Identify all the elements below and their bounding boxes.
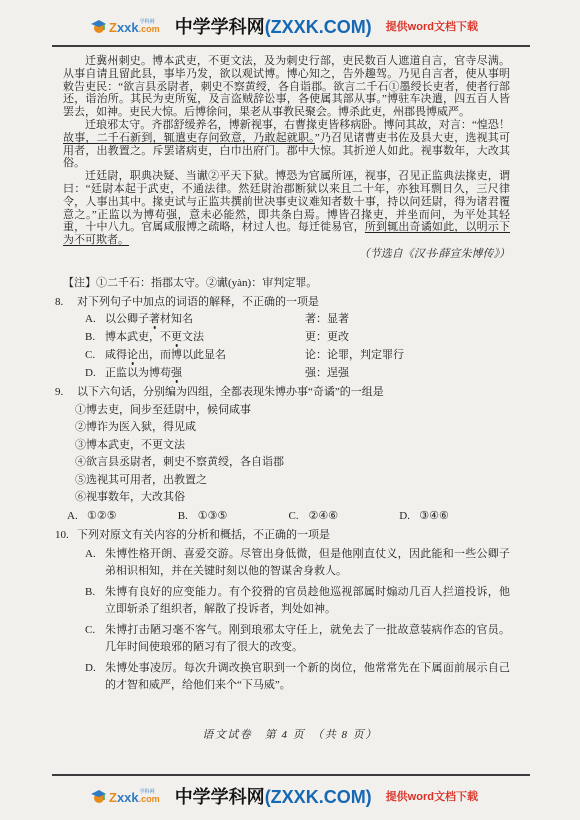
option-label: C.	[85, 622, 105, 656]
option-text: 博本武吏，不更文法	[105, 331, 305, 344]
q10-option-a: A. 朱博性格开朗、喜爱交游。尽管出身低微，但是他刚直仗义，因此能和一些公卿子弟…	[63, 546, 510, 580]
option-text: 朱博有良好的应变能力。有个狡猾的官员趁他巡视部属时煽动几百人拦道投诉，他立即斩杀…	[105, 584, 510, 618]
footer-divider	[52, 774, 530, 776]
option-label: A.	[67, 509, 87, 523]
q9-sentence-6: ⑥视事数年，大改其俗	[63, 491, 510, 504]
option-text: 以公卿子著材知名	[105, 313, 305, 326]
option-text-post: 文法	[182, 331, 204, 343]
exam-scan-page: Zxxk.com 学科网 中学学科网(ZXXK.COM) 提供word文档下载 …	[0, 0, 580, 820]
q9-sentence-2: ②博诈为医入狱，得见咸	[63, 421, 510, 434]
graduation-cap-icon	[90, 18, 107, 35]
option-gloss: 更：更改	[305, 331, 510, 344]
q9-sentence-4: ④欲言县丞尉者，刺史不察黄绶，各自诣郡	[63, 456, 510, 469]
site-title-cn: 中学学科网	[175, 787, 265, 807]
site-domain: (ZXXK.COM)	[265, 787, 372, 807]
question-stem-text: 对下列句子中加点的词语的解释，不正确的一项是	[77, 296, 319, 309]
promo-text: 提供word文档下载	[386, 18, 478, 34]
option-gloss: 论：论罪，判定罪行	[305, 349, 510, 362]
zxxk-logo: Zxxk.com 学科网	[90, 788, 155, 805]
site-title: 中学学科网(ZXXK.COM)	[175, 13, 372, 39]
option-label: B.	[85, 584, 105, 618]
source-attribution: （节选自《汉书·薛宣朱博传》）	[63, 248, 510, 261]
logo-sub-text: 学科网	[140, 788, 155, 795]
q9-sentence-3: ③博本武吏，不更文法	[63, 439, 510, 452]
logo-sub-text: 学科网	[140, 18, 155, 25]
q9-choice-b: B.①③⑤	[178, 509, 289, 523]
passage-paragraph-1: 迁冀州刺史。博本武吏，不更文法，及为刺史行部，吏民数百人遮道自言，官寺尽满。从事…	[63, 55, 510, 119]
promo-text: 提供word文档下载	[386, 788, 478, 804]
question-10-stem: 10. 下列对原文有关内容的分析和概括，不正确的一项是	[55, 529, 510, 542]
page-number-info: 语文试卷 第 4 页 （共 8 页）	[0, 726, 580, 742]
option-label: A.	[85, 546, 105, 580]
option-label: D.	[85, 367, 105, 380]
option-label: D.	[399, 509, 419, 523]
footnotes: 【注】①二千石：指郡太守。②谳(yàn)：审判定罪。	[63, 277, 510, 290]
paragraph-text: 迁冀州刺史。博本武吏，不更文法，及为刺史行部，吏民数百人遮道自言，官寺尽满。从事…	[63, 55, 510, 118]
question-stem-text: 以下六句话，分别编为四组，全都表现朱博办事“奇谲”的一组是	[77, 386, 384, 399]
q9-answer-choices: A.①②⑤ B.①③⑤ C.②④⑥ D.③④⑥	[63, 509, 510, 523]
graduation-cap-icon	[90, 788, 107, 805]
option-label: C.	[289, 509, 309, 523]
option-text-post: 材知名	[160, 313, 193, 325]
question-9: 9. 以下六句话，分别编为四组，全都表现朱博办事“奇谲”的一组是 ①博去吏，间步…	[63, 386, 510, 523]
question-number: 10.	[55, 529, 77, 542]
q8-option-c: C. 咸得论出，而博以此显名 论：论罪，判定罪行	[63, 349, 510, 362]
option-gloss: 著：显著	[305, 313, 510, 326]
option-text-pre: 博本武吏，不	[105, 331, 171, 343]
q10-option-d: D. 朱博处事凌厉。每次升调改换官职到一个新的岗位，他常常先在下属面前展示自己的…	[63, 660, 510, 694]
option-text-pre: 以公卿子	[105, 313, 149, 325]
q9-choice-c: C.②④⑥	[289, 509, 400, 523]
paragraph-text: 迁琅邪太守。齐郡舒缓养名，博新视事，右曹掾吏皆移病卧。博问其故，对言：“惶恐！	[85, 119, 510, 131]
question-8-stem: 8. 对下列句子中加点的词语的解释，不正确的一项是	[55, 296, 510, 309]
option-label: B.	[178, 509, 198, 523]
option-text: 朱博处事凌厉。每次升调改换官职到一个新的岗位，他常常先在下属面前展示自己的才智和…	[105, 660, 510, 694]
question-number: 8.	[55, 296, 77, 309]
option-text: 朱博性格开朗、喜爱交游。尽管出身低微，但是他刚直仗义，因此能和一些公卿子弟相识相…	[105, 546, 510, 580]
site-title: 中学学科网(ZXXK.COM)	[175, 783, 372, 809]
passage-paragraph-3: 迁廷尉，职典决疑、当谳②平天下狱。博恐为官属所诬，视事，召见正监典法掾吏，谓曰：…	[63, 170, 510, 247]
zxxk-logo: Zxxk.com 学科网	[90, 18, 155, 35]
passage-paragraph-2: 迁琅邪太守。齐郡舒缓养名，博新视事，右曹掾吏皆移病卧。博问其故，对言：“惶恐！故…	[63, 119, 510, 170]
site-domain: (ZXXK.COM)	[265, 17, 372, 37]
question-8: 8. 对下列句子中加点的词语的解释，不正确的一项是 A. 以公卿子著材知名 著：…	[63, 296, 510, 381]
site-title-cn: 中学学科网	[175, 17, 265, 37]
option-label: A.	[85, 313, 105, 326]
site-header-banner: Zxxk.com 学科网 中学学科网(ZXXK.COM) 提供word文档下载	[0, 0, 580, 44]
q8-option-b: B. 博本武吏，不更文法 更：更改	[63, 331, 510, 344]
dotted-word: 著	[149, 313, 160, 325]
dotted-word: 强	[171, 367, 182, 379]
choice-numbers: ③④⑥	[419, 509, 449, 523]
exam-content: 迁冀州刺史。博本武吏，不更文法，及为刺史行部，吏民数百人遮道自言，官寺尽满。从事…	[0, 47, 580, 694]
option-text-pre: 咸得	[105, 349, 127, 361]
question-stem-text: 下列对原文有关内容的分析和概括，不正确的一项是	[77, 529, 330, 542]
option-label: B.	[85, 331, 105, 344]
site-footer-banner: Zxxk.com 学科网 中学学科网(ZXXK.COM) 提供word文档下载	[0, 777, 580, 814]
question-10: 10. 下列对原文有关内容的分析和概括，不正确的一项是 A. 朱博性格开朗、喜爱…	[63, 529, 510, 694]
q9-choice-a: A.①②⑤	[67, 509, 178, 523]
dotted-word: 更	[171, 331, 182, 343]
choice-numbers: ①③⑤	[198, 509, 228, 523]
q10-option-c: C. 朱博打击陋习毫不客气。刚到琅邪太守任上，就免去了一批故意装病作态的官员。几…	[63, 622, 510, 656]
question-9-stem: 9. 以下六句话，分别编为四组，全都表现朱博办事“奇谲”的一组是	[55, 386, 510, 399]
question-number: 9.	[55, 386, 77, 399]
option-label: C.	[85, 349, 105, 362]
option-text-pre: 正监以为博苟	[105, 367, 171, 379]
option-text-post: 出，而博以此显名	[138, 349, 226, 361]
q9-sentence-5: ⑤选视其可用者，出教置之	[63, 474, 510, 487]
underlined-text: 故事，二千石新到，辄遣吏存问致意，乃敢起就职。	[63, 132, 315, 144]
choice-numbers: ②④⑥	[309, 509, 339, 523]
option-label: D.	[85, 660, 105, 694]
choice-numbers: ①②⑤	[87, 509, 117, 523]
q9-sentence-1: ①博去吏，间步至廷尉中，候伺咸事	[63, 404, 510, 417]
option-text: 朱博打击陋习毫不客气。刚到琅邪太守任上，就免去了一批故意装病作态的官员。几年时间…	[105, 622, 510, 656]
option-text: 正监以为博苟强	[105, 367, 305, 380]
q8-option-d: D. 正监以为博苟强 强：逞强	[63, 367, 510, 380]
option-text: 咸得论出，而博以此显名	[105, 349, 305, 362]
q8-option-a: A. 以公卿子著材知名 著：显著	[63, 313, 510, 326]
dotted-word: 论	[127, 349, 138, 361]
option-gloss: 强：逞强	[305, 367, 510, 380]
q10-option-b: B. 朱博有良好的应变能力。有个狡猾的官员趁他巡视部属时煽动几百人拦道投诉，他立…	[63, 584, 510, 618]
q9-choice-d: D.③④⑥	[399, 509, 510, 523]
